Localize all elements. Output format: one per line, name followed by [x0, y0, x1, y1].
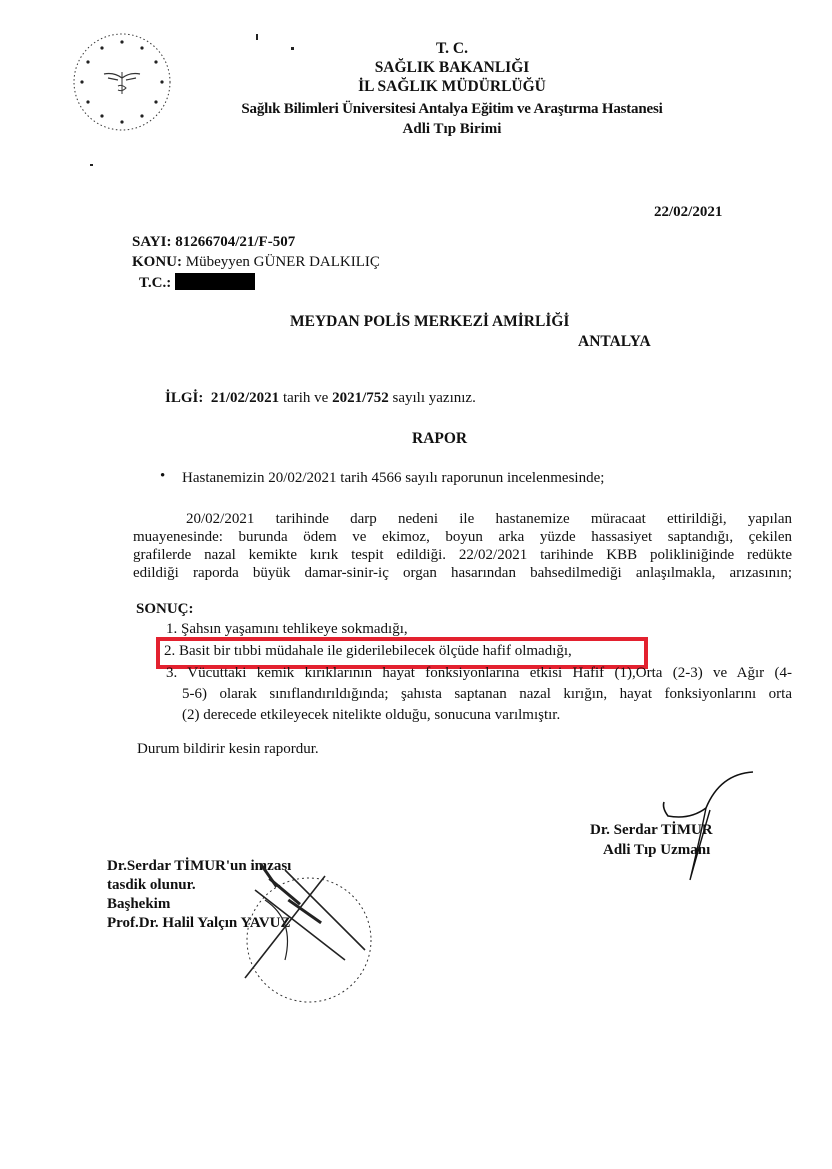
sonuc-item-3b: 5-6) olarak sınıflandırıldığında; şahıst… — [182, 685, 792, 703]
recipient-name: MEYDAN POLİS MERKEZİ AMİRLİĞİ — [290, 313, 569, 331]
ilgi-date: 21/02/2021 — [211, 390, 279, 406]
closing-statement: Durum bildirir kesin rapordur. — [137, 740, 319, 758]
sonuc-label: SONUÇ: — [136, 600, 194, 618]
ilgi-label: İLGİ: — [165, 390, 203, 406]
body-line-4: edildiği raporda büyük damar-sinir-iç or… — [133, 564, 792, 582]
sayi-value: 81266704/21/F-507 — [175, 234, 295, 250]
sayi-label: SAYI: — [132, 234, 171, 250]
sayi-row: SAYI: 81266704/21/F-507 — [132, 233, 295, 251]
ilgi-text2: sayılı yazınız. — [393, 390, 476, 406]
konu-row: KONU: Mübeyyen GÜNER DALKILIÇ — [132, 253, 380, 271]
ministry-seal-icon — [68, 28, 176, 136]
ilgi-number: 2021/752 — [332, 390, 389, 406]
header-hospital: Sağlık Bilimleri Üniversitesi Antalya Eğ… — [212, 101, 692, 118]
body-line-1: 20/02/2021 tarihinde darp nedeni ile has… — [186, 510, 792, 528]
ilgi-row: İLGİ: 21/02/2021 tarih ve 2021/752 sayıl… — [165, 389, 476, 407]
redaction-bar — [175, 273, 255, 290]
report-title: RAPOR — [412, 430, 467, 448]
ilgi-text1: tarih ve — [283, 390, 328, 406]
official-stamp-icon — [225, 830, 375, 1010]
document-date: 22/02/2021 — [654, 203, 722, 221]
sonuc-item-3c: (2) derecede etkileyecek nitelikte olduğ… — [182, 706, 560, 724]
header-directorate: İL SAĞLIK MÜDÜRLÜĞÜ — [212, 78, 692, 96]
right-signer-name: Dr. Serdar TİMUR — [590, 821, 713, 839]
header-ministry: SAĞLIK BAKANLIĞI — [212, 59, 692, 77]
body-line-2: muayenesinde: burunda ödem ve ekimoz, bo… — [133, 528, 792, 546]
recipient-city: ANTALYA — [578, 333, 651, 351]
scan-speck — [90, 164, 93, 166]
right-signer-title: Adli Tıp Uzmanı — [603, 841, 710, 859]
header-unit: Adli Tıp Birimi — [212, 121, 692, 138]
bullet-dot: • — [160, 467, 165, 485]
bullet-text: Hastanemizin 20/02/2021 tarih 4566 sayıl… — [182, 469, 604, 487]
konu-value: Mübeyyen GÜNER DALKILIÇ — [186, 254, 380, 270]
left-sign-line-3: Başhekim — [107, 895, 170, 913]
tc-row: T.C.: — [139, 273, 255, 292]
tc-label: T.C.: — [139, 275, 171, 291]
left-sign-line-2: tasdik olunur. — [107, 876, 196, 894]
sonuc-item-3a: 3. Vücuttaki kemik kırıklarının hayat fo… — [166, 664, 792, 682]
sonuc-item-1: 1. Şahsın yaşamını tehlikeye sokmadığı, — [166, 620, 408, 638]
konu-label: KONU: — [132, 254, 182, 270]
body-line-3: grafilerde nazal kemikte kırık tespit ed… — [133, 546, 792, 564]
header-tc: T. C. — [212, 40, 692, 58]
